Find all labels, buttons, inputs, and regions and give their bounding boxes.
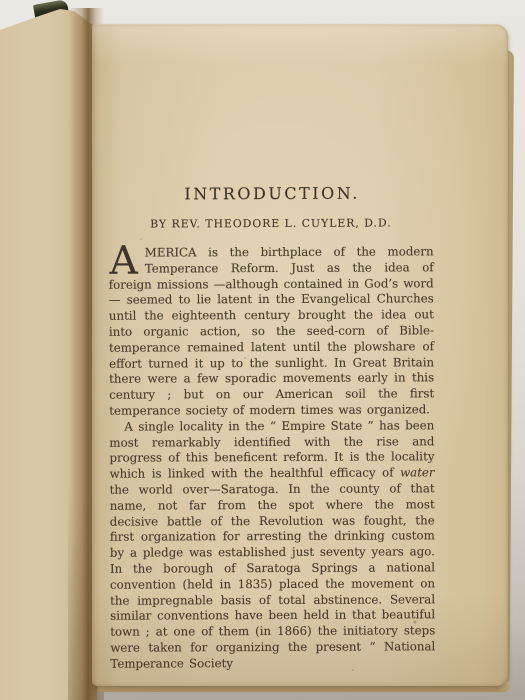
paragraph-2: A single locality in the “ Empire State … <box>109 418 435 672</box>
italic-word: water <box>400 465 435 479</box>
paragraph-1: AMERICA is the birthplace of the modern … <box>109 244 435 419</box>
byline: BY REV. THEODORE L. CUYLER, D.D. <box>108 216 433 230</box>
drop-cap: A <box>109 246 145 276</box>
right-page: INTRODUCTION. BY REV. THEODORE L. CUYLER… <box>92 24 508 686</box>
paper-specks <box>92 24 94 26</box>
body-text: AMERICA is the birthplace of the modern … <box>109 244 436 672</box>
paragraph-2-text-after: the world over—Saratoga. In the county o… <box>110 481 436 670</box>
paragraph-1-text: MERICA is the birthplace of the modern T… <box>109 244 435 417</box>
page-title: INTRODUCTION. <box>108 183 433 203</box>
page-content: INTRODUCTION. BY REV. THEODORE L. CUYLER… <box>108 23 436 672</box>
paragraph-2-text-before: A single locality in the “ Empire State … <box>109 418 434 481</box>
book-photograph: INTRODUCTION. BY REV. THEODORE L. CUYLER… <box>0 0 525 700</box>
